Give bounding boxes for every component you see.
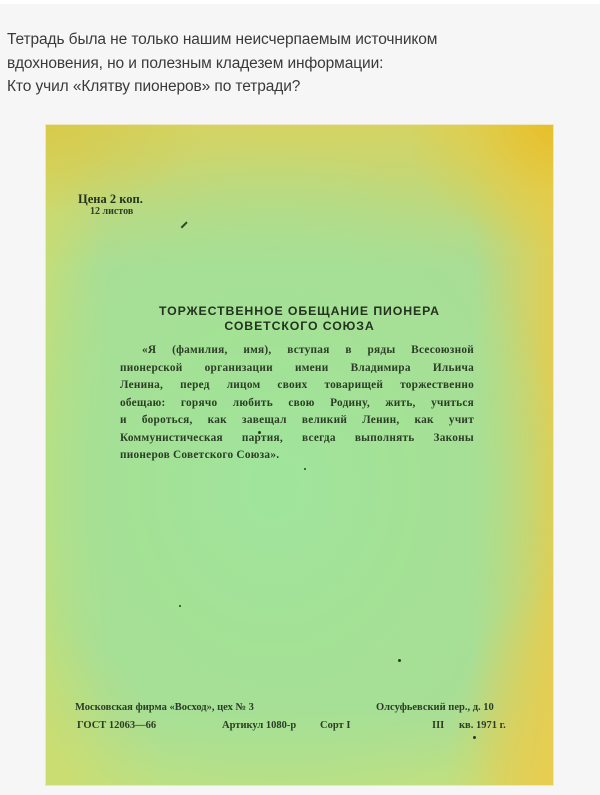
gost-label: ГОСТ 12063—66 (77, 719, 156, 732)
cover-title: ТОРЖЕСТВЕННОЕ ОБЕЩАНИЕ ПИОНЕРА (46, 304, 553, 319)
post-caption: Тетрадь была не только нашим неисчерпаем… (7, 28, 597, 99)
caption-line: вдохновения, но и полезным кладезем инфо… (7, 52, 597, 76)
quarter-label: III (432, 719, 444, 732)
paper-yellowing (413, 125, 553, 245)
print-speck (304, 468, 306, 470)
notebook-cover-image: Цена 2 коп. 12 листов ТОРЖЕСТВЕННОЕ ОБЕЩ… (46, 125, 553, 785)
manufacturer-label: Московская фирма «Восход», цех № 3 (75, 701, 254, 714)
article-label: Артикул 1080-р (222, 719, 296, 732)
oath-line: Ленина, перед лицом своих товарищей торж… (120, 377, 474, 395)
oath-line: пионеров Советского Союза». (120, 447, 474, 465)
caption-line: Тетрадь была не только нашим неисчерпаем… (7, 28, 597, 52)
price-label: Цена 2 коп. (78, 192, 143, 206)
oath-line: обещаю: горячо любить свою Родину, жить,… (120, 395, 474, 413)
date-label: кв. 1971 г. (459, 719, 506, 732)
oath-line: «Я (фамилия, имя), вступая в ряды Всесою… (120, 342, 474, 360)
grade-label: Сорт I (320, 719, 350, 732)
pioneer-oath-text: «Я (фамилия, имя), вступая в ряды Всесою… (120, 342, 474, 465)
oath-line: и бороться, как завещал великий Ленин, к… (120, 412, 474, 430)
sheet-count: 12 листов (90, 206, 133, 218)
print-speck (398, 659, 401, 662)
paper-yellowing (443, 585, 553, 785)
address-label: Олсуфьевский пер., д. 10 (376, 701, 494, 714)
top-bar (0, 0, 600, 4)
print-mark (181, 221, 188, 228)
print-speck (473, 736, 476, 739)
oath-line: пионерской организации имени Владимира И… (120, 360, 474, 378)
print-speck (258, 431, 261, 434)
caption-line: Кто учил «Клятву пионеров» по тетради? (7, 75, 597, 99)
cover-subtitle: СОВЕТСКОГО СОЮЗА (46, 319, 553, 334)
print-speck (179, 605, 181, 607)
oath-line: Коммунистическая партия, всегда выполнят… (120, 430, 474, 448)
